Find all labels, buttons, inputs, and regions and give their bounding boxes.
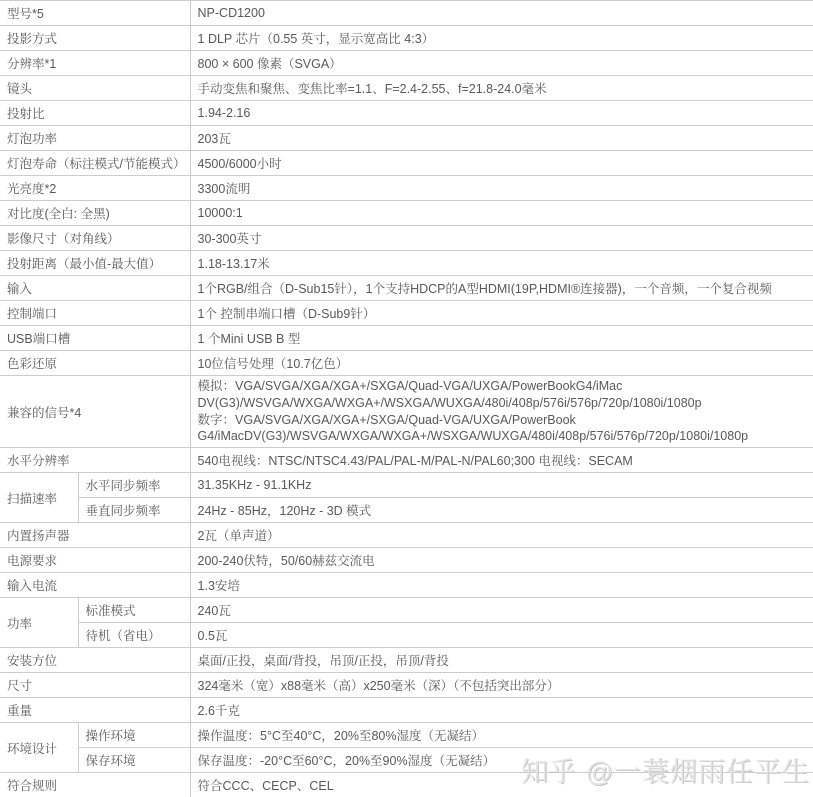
spec-label: 兼容的信号*4 (0, 376, 190, 448)
spec-group-label: 功率 (0, 598, 78, 648)
spec-label: 投射比 (0, 101, 190, 126)
spec-table: 型号*5NP-CD1200投影方式1 DLP 芯片（0.55 英寸，显示宽高比 … (0, 0, 813, 797)
spec-value: 30-300英寸 (190, 226, 813, 251)
spec-table-row: 扫描速率水平同步频率31.35KHz - 91.1KHz (0, 473, 813, 498)
spec-label: 光亮度*2 (0, 176, 190, 201)
spec-table-row: 内置扬声器2瓦（单声道） (0, 523, 813, 548)
spec-value: 1.18-13.17米 (190, 251, 813, 276)
spec-value: 模拟：VGA/SVGA/XGA/XGA+/SXGA/Quad-VGA/UXGA/… (190, 376, 813, 448)
spec-label: 灯泡功率 (0, 126, 190, 151)
spec-value: 10000:1 (190, 201, 813, 226)
spec-label: 影像尺寸（对角线） (0, 226, 190, 251)
spec-table-row: 投影方式1 DLP 芯片（0.55 英寸，显示宽高比 4:3） (0, 26, 813, 51)
spec-label: 型号*5 (0, 1, 190, 26)
spec-sub-label: 待机（省电） (78, 623, 190, 648)
spec-value: 3300流明 (190, 176, 813, 201)
spec-label: 投射距离（最小值-最大值） (0, 251, 190, 276)
spec-label: 输入 (0, 276, 190, 301)
spec-value: 10位信号处理（10.7亿色） (190, 351, 813, 376)
spec-value: 0.5瓦 (190, 623, 813, 648)
spec-table-row: 色彩还原10位信号处理（10.7亿色） (0, 351, 813, 376)
spec-sub-label: 水平同步频率 (78, 473, 190, 498)
spec-value: 1.3安培 (190, 573, 813, 598)
spec-value: 1 个Mini USB B 型 (190, 326, 813, 351)
spec-table-row: 影像尺寸（对角线）30-300英寸 (0, 226, 813, 251)
spec-value: 200-240伏特，50/60赫兹交流电 (190, 548, 813, 573)
spec-group-label: 扫描速率 (0, 473, 78, 523)
spec-table-row: 输入1个RGB/组合（D-Sub15针），1个支持HDCP的A型HDMI(19P… (0, 276, 813, 301)
spec-table-row: 对比度(全白: 全黑)10000:1 (0, 201, 813, 226)
spec-label: 镜头 (0, 76, 190, 101)
spec-sub-label: 标准模式 (78, 598, 190, 623)
spec-table-row: 垂直同步频率24Hz - 85Hz，120Hz - 3D 模式 (0, 498, 813, 523)
spec-value: 24Hz - 85Hz，120Hz - 3D 模式 (190, 498, 813, 523)
spec-label: 投影方式 (0, 26, 190, 51)
spec-label: 输入电流 (0, 573, 190, 598)
spec-table-row: 分辨率*1800 × 600 像素（SVGA） (0, 51, 813, 76)
spec-value-line: 数字：VGA/SVGA/XGA/XGA+/SXGA/Quad-VGA/UXGA/… (198, 412, 806, 446)
spec-value: 240瓦 (190, 598, 813, 623)
spec-label: 电源要求 (0, 548, 190, 573)
spec-table-row: 光亮度*23300流明 (0, 176, 813, 201)
spec-sub-label: 操作环境 (78, 723, 190, 748)
spec-value: 1.94-2.16 (190, 101, 813, 126)
spec-value: 800 × 600 像素（SVGA） (190, 51, 813, 76)
spec-value-line: 模拟：VGA/SVGA/XGA/XGA+/SXGA/Quad-VGA/UXGA/… (198, 378, 806, 412)
spec-table-row: 保存环境保存温度：-20°C至60°C，20%至90%湿度（无凝结） (0, 748, 813, 773)
spec-value: 桌面/正投，桌面/背投，吊顶/正投，吊顶/背投 (190, 648, 813, 673)
spec-table-row: 水平分辨率540电视线：NTSC/NTSC4.43/PAL/PAL-M/PAL-… (0, 448, 813, 473)
spec-sub-label: 保存环境 (78, 748, 190, 773)
spec-value: 540电视线：NTSC/NTSC4.43/PAL/PAL-M/PAL-N/PAL… (190, 448, 813, 473)
spec-table-row: 功率标准模式240瓦 (0, 598, 813, 623)
spec-value: NP-CD1200 (190, 1, 813, 26)
spec-value: 保存温度：-20°C至60°C，20%至90%湿度（无凝结） (190, 748, 813, 773)
spec-value: 4500/6000小时 (190, 151, 813, 176)
spec-table-row: 投射距离（最小值-最大值）1.18-13.17米 (0, 251, 813, 276)
spec-table-row: 镜头手动变焦和聚焦、变焦比率=1.1、F=2.4-2.55、f=21.8-24.… (0, 76, 813, 101)
spec-table-row: 符合规则符合CCC、CECP、CEL (0, 773, 813, 797)
spec-table-row: 灯泡寿命（标注模式/节能模式）4500/6000小时 (0, 151, 813, 176)
spec-table-row: 电源要求200-240伏特，50/60赫兹交流电 (0, 548, 813, 573)
spec-table-row: 输入电流1.3安培 (0, 573, 813, 598)
spec-table-row: 环境设计操作环境操作温度：5°C至40°C，20%至80%湿度（无凝结） (0, 723, 813, 748)
spec-value: 操作温度：5°C至40°C，20%至80%湿度（无凝结） (190, 723, 813, 748)
spec-label: 重量 (0, 698, 190, 723)
spec-table-row: 待机（省电）0.5瓦 (0, 623, 813, 648)
spec-label: 控制端口 (0, 301, 190, 326)
spec-label: USB端口槽 (0, 326, 190, 351)
spec-table-row: 控制端口1个 控制串端口槽（D-Sub9针） (0, 301, 813, 326)
spec-label: 灯泡寿命（标注模式/节能模式） (0, 151, 190, 176)
spec-table-row: USB端口槽1 个Mini USB B 型 (0, 326, 813, 351)
spec-label: 色彩还原 (0, 351, 190, 376)
spec-label: 水平分辨率 (0, 448, 190, 473)
spec-table-body: 型号*5NP-CD1200投影方式1 DLP 芯片（0.55 英寸，显示宽高比 … (0, 1, 813, 797)
spec-table-row: 兼容的信号*4模拟：VGA/SVGA/XGA/XGA+/SXGA/Quad-VG… (0, 376, 813, 448)
spec-value: 手动变焦和聚焦、变焦比率=1.1、F=2.4-2.55、f=21.8-24.0毫… (190, 76, 813, 101)
spec-table-row: 安装方位桌面/正投，桌面/背投，吊顶/正投，吊顶/背投 (0, 648, 813, 673)
spec-value: 324毫米（宽）x88毫米（高）x250毫米（深）（不包括突出部分） (190, 673, 813, 698)
spec-label: 安装方位 (0, 648, 190, 673)
spec-value: 2瓦（单声道） (190, 523, 813, 548)
spec-value: 1个RGB/组合（D-Sub15针），1个支持HDCP的A型HDMI(19P,H… (190, 276, 813, 301)
spec-label: 分辨率*1 (0, 51, 190, 76)
spec-value: 符合CCC、CECP、CEL (190, 773, 813, 797)
spec-table-row: 尺寸324毫米（宽）x88毫米（高）x250毫米（深）（不包括突出部分） (0, 673, 813, 698)
spec-value: 1 DLP 芯片（0.55 英寸，显示宽高比 4:3） (190, 26, 813, 51)
spec-table-row: 投射比1.94-2.16 (0, 101, 813, 126)
spec-label: 尺寸 (0, 673, 190, 698)
spec-sub-label: 垂直同步频率 (78, 498, 190, 523)
spec-table-row: 型号*5NP-CD1200 (0, 1, 813, 26)
spec-table-row: 重量2.6千克 (0, 698, 813, 723)
spec-label: 符合规则 (0, 773, 190, 797)
spec-value: 2.6千克 (190, 698, 813, 723)
spec-label: 内置扬声器 (0, 523, 190, 548)
spec-group-label: 环境设计 (0, 723, 78, 773)
spec-table-row: 灯泡功率203瓦 (0, 126, 813, 151)
spec-value: 31.35KHz - 91.1KHz (190, 473, 813, 498)
spec-value: 1个 控制串端口槽（D-Sub9针） (190, 301, 813, 326)
spec-value: 203瓦 (190, 126, 813, 151)
spec-label: 对比度(全白: 全黑) (0, 201, 190, 226)
